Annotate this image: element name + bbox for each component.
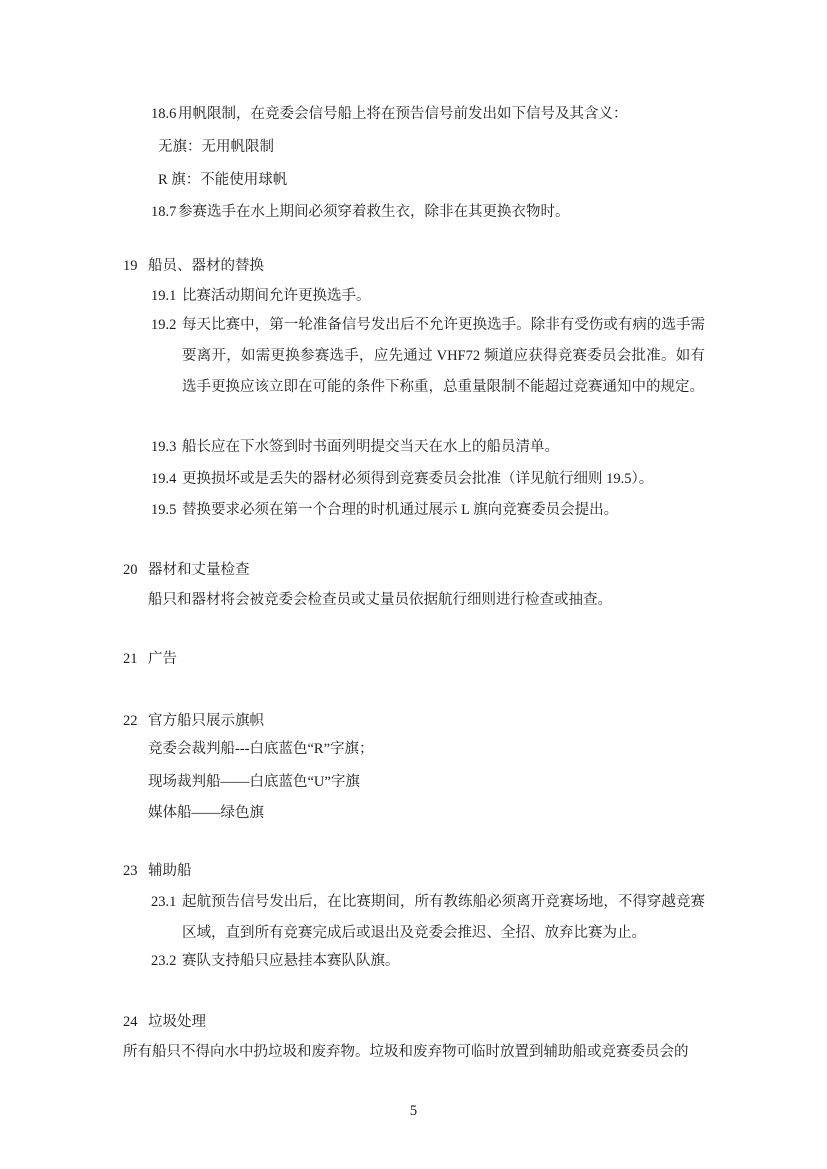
clause-text: 比赛活动期间允许更换选手。 xyxy=(182,288,371,304)
section-title: 辅助船 xyxy=(148,863,192,879)
flag-definition: R 旗：不能使用球帆 xyxy=(158,172,287,188)
clause-number: 19.4 xyxy=(151,464,182,495)
line-onwater-judge-boat: 现场裁判船——白底蓝色“U”字旗 xyxy=(148,767,705,798)
flag-definition: 竞委会裁判船---白底蓝色“R”字旗； xyxy=(148,741,374,757)
clause-23-2: 23.2赛队支持船只应悬挂本赛队队旗。 xyxy=(151,946,705,977)
clause-19-3: 19.3船长应在下水签到时书面列明提交当天在水上的船员清单。 xyxy=(151,432,705,463)
clause-text: 用帆限制，在竞委会信号船上将在预告信号前发出如下信号及其含义： xyxy=(178,106,628,122)
line-media-boat: 媒体船——绿色旗 xyxy=(148,798,705,829)
flag-definition: 无旗：无用帆限制 xyxy=(158,139,274,155)
section-22-heading: 22官方船只展示旗帜 xyxy=(123,706,264,737)
section-number: 22 xyxy=(123,706,148,737)
line-race-committee-boat: 竞委会裁判船---白底蓝色“R”字旗； xyxy=(148,734,705,765)
page-number: 5 xyxy=(0,1096,827,1127)
section-number: 21 xyxy=(123,644,148,675)
section-21-heading: 21广告 xyxy=(123,644,177,675)
clause-19-2: 19.2每天比赛中，第一轮准备信号发出后不允许更换选手。除非有受伤或有病的选手需… xyxy=(151,310,705,403)
clause-18-6: 18.6用帆限制，在竞委会信号船上将在预告信号前发出如下信号及其含义： xyxy=(151,99,705,130)
clause-number: 23.1 xyxy=(151,887,182,918)
clause-text: 船长应在下水签到时书面列明提交当天在水上的船员清单。 xyxy=(182,439,559,455)
section-24-body: 所有船只不得向水中扔垃圾和废弃物。垃圾和废弃物可临时放置到辅助船或竞赛委员会的 xyxy=(123,1037,705,1068)
clause-18-7: 18.7参赛选手在水上期间必须穿着救生衣，除非在其更换衣物时。 xyxy=(151,197,705,228)
page-number-value: 5 xyxy=(410,1103,417,1119)
clause-text: 替换要求必须在第一个合理的时机通过展示 L 旗向竞赛委员会提出。 xyxy=(182,502,618,518)
section-title: 垃圾处理 xyxy=(148,1014,206,1030)
clause-number: 23.2 xyxy=(151,946,182,977)
clause-19-5: 19.5替换要求必须在第一个合理的时机通过展示 L 旗向竞赛委员会提出。 xyxy=(151,495,705,526)
clause-text: 参赛选手在水上期间必须穿着救生衣，除非在其更换衣物时。 xyxy=(178,204,570,220)
section-title: 船员、器材的替换 xyxy=(148,258,264,274)
body-text: 船只和器材将会被竞委会检查员或丈量员依据航行细则进行检查或抽查。 xyxy=(148,592,612,608)
flag-line-no-flag: 无旗：无用帆限制 xyxy=(158,132,274,163)
section-title: 器材和丈量检查 xyxy=(148,562,250,578)
clause-number: 19.3 xyxy=(151,432,182,463)
clause-number: 19.2 xyxy=(151,310,182,341)
document-page: 18.6用帆限制，在竞委会信号船上将在预告信号前发出如下信号及其含义： 无旗：无… xyxy=(0,0,827,1169)
clause-text: 起航预告信号发出后，在比赛期间，所有教练船必须离开竞赛场地，不得穿越竞赛区域，直… xyxy=(182,894,705,941)
section-20-body: 船只和器材将会被竞委会检查员或丈量员依据航行细则进行检查或抽查。 xyxy=(148,585,705,616)
clause-number: 19.5 xyxy=(151,495,182,526)
clause-text: 更换损坏或是丢失的器材必须得到竞赛委员会批准（详见航行细则 19.5）。 xyxy=(182,471,653,487)
clause-text: 赛队支持船只应悬挂本赛队队旗。 xyxy=(182,953,400,969)
section-20-heading: 20器材和丈量检查 xyxy=(123,555,250,586)
flag-definition: 现场裁判船——白底蓝色“U”字旗 xyxy=(148,774,360,790)
section-19-heading: 19船员、器材的替换 xyxy=(123,251,264,282)
flag-line-r-flag: R 旗：不能使用球帆 xyxy=(158,165,287,196)
clause-19-1: 19.1比赛活动期间允许更换选手。 xyxy=(151,281,705,312)
section-24-heading: 24垃圾处理 xyxy=(123,1007,206,1038)
section-title: 广告 xyxy=(148,651,177,667)
section-number: 20 xyxy=(123,555,148,586)
body-text: 所有船只不得向水中扔垃圾和废弃物。垃圾和废弃物可临时放置到辅助船或竞赛委员会的 xyxy=(123,1044,689,1060)
clause-text: 每天比赛中，第一轮准备信号发出后不允许更换选手。除非有受伤或有病的选手需要离开，… xyxy=(182,317,705,395)
clause-number: 18.7 xyxy=(151,197,178,228)
clause-23-1: 23.1起航预告信号发出后，在比赛期间，所有教练船必须离开竞赛场地，不得穿越竞赛… xyxy=(151,887,705,949)
flag-definition: 媒体船——绿色旗 xyxy=(148,805,264,821)
clause-number: 19.1 xyxy=(151,281,182,312)
section-number: 23 xyxy=(123,856,148,887)
section-23-heading: 23辅助船 xyxy=(123,856,192,887)
clause-number: 18.6 xyxy=(151,99,178,130)
section-title: 官方船只展示旗帜 xyxy=(148,713,264,729)
section-number: 24 xyxy=(123,1007,148,1038)
clause-19-4: 19.4更换损坏或是丢失的器材必须得到竞赛委员会批准（详见航行细则 19.5）。 xyxy=(151,464,705,495)
section-number: 19 xyxy=(123,251,148,282)
